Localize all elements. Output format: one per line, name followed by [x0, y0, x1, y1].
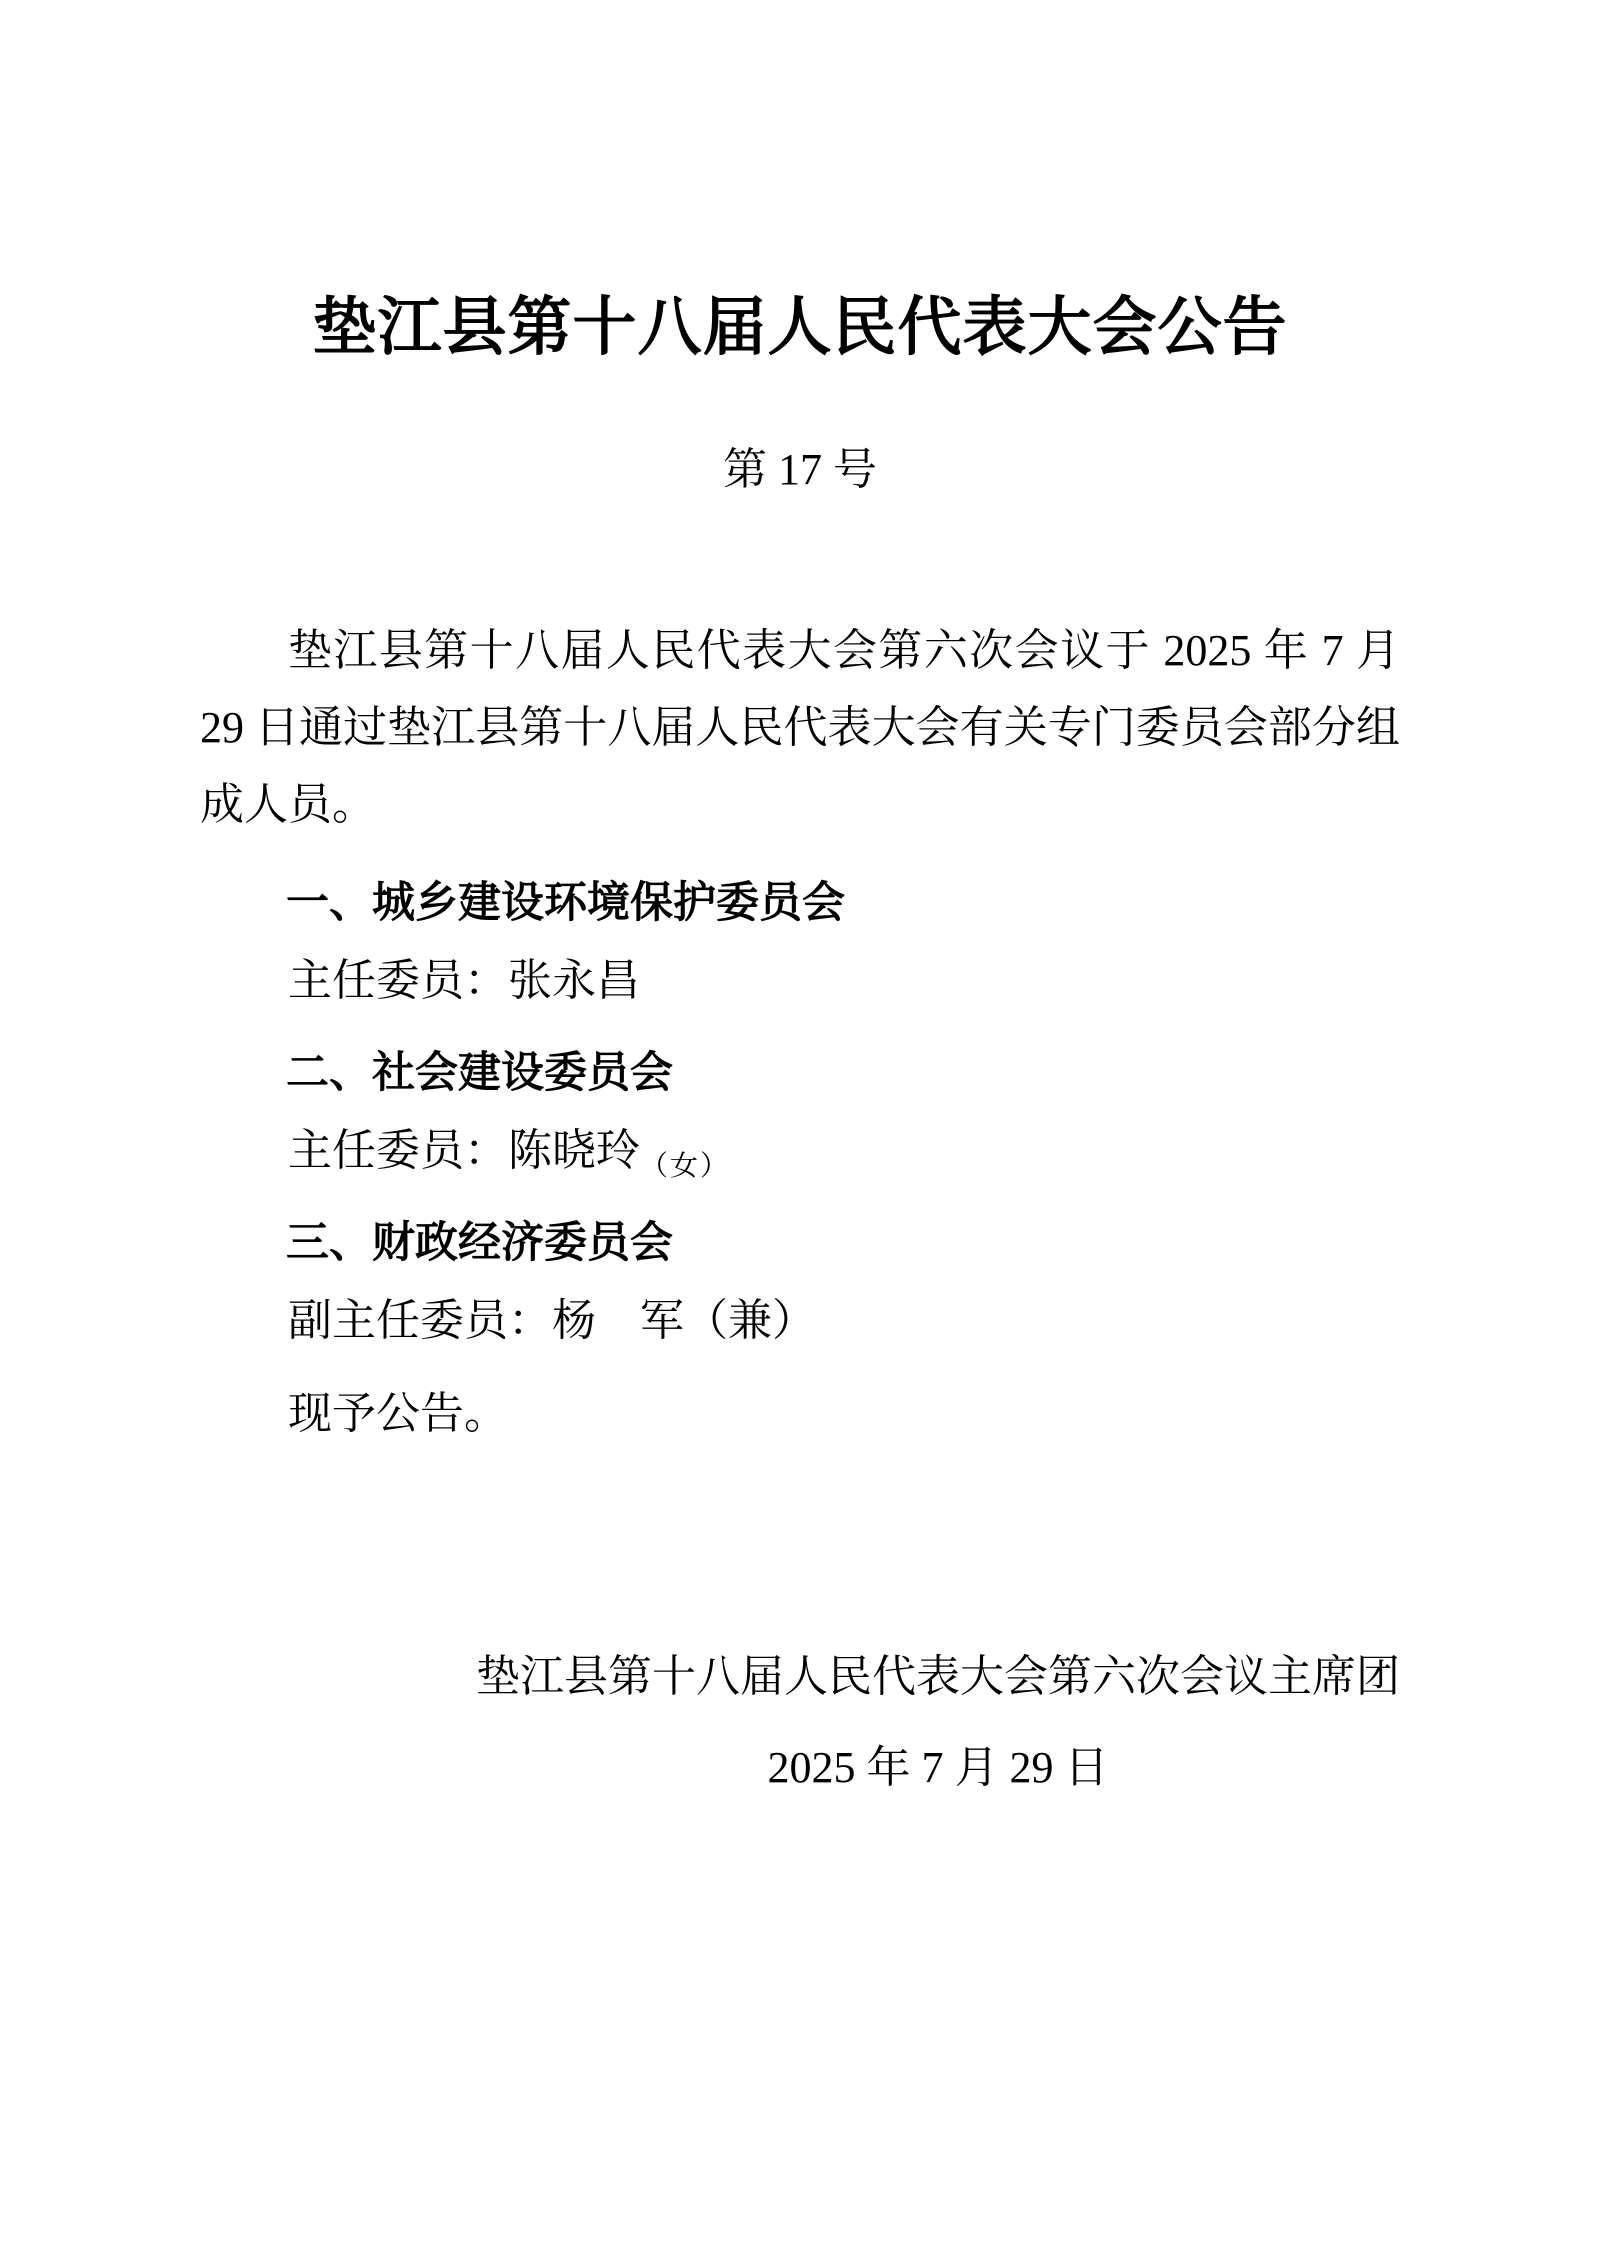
member-role: 主任委员：: [288, 956, 508, 1005]
member-role: 主任委员：: [288, 1126, 508, 1175]
doc-title: 垫江县第十八届人民代表大会公告: [200, 288, 1400, 368]
committee-sections: 一、城乡建设环境保护委员会 主任委员：张永昌 二、社会建设委员会 主任委员：陈晓…: [200, 865, 1400, 1452]
body-paragraph: 垫江县第十八届人民代表大会第六次会议于 2025 年 7 月 29 日通过垫江县…: [200, 612, 1400, 843]
member-line: 副主任委员：杨 军（兼）: [200, 1282, 1400, 1375]
section-heading: 三、财政经济委员会: [200, 1205, 1400, 1282]
member-name: 杨 军（兼）: [552, 1296, 816, 1345]
signature-line: 垫江县第十八届人民代表大会第六次会议主席团: [476, 1638, 1400, 1715]
member-line: 主任委员：陈晓玲（女）: [200, 1112, 1400, 1205]
member-name: 陈晓玲: [508, 1126, 640, 1175]
member-name: 张永昌: [508, 956, 640, 1005]
section-social-construction: 二、社会建设委员会 主任委员：陈晓玲（女）: [200, 1035, 1400, 1205]
closing-line: 现予公告。: [200, 1375, 1400, 1452]
doc-number: 第 17 号: [200, 440, 1400, 500]
section-heading: 一、城乡建设环境保护委员会: [200, 865, 1400, 942]
member-note: （女）: [640, 1151, 730, 1182]
date-line: 2025 年 7 月 29 日: [476, 1729, 1400, 1806]
signature-block: 垫江县第十八届人民代表大会第六次会议主席团 2025 年 7 月 29 日: [476, 1638, 1400, 1806]
section-urban-construction: 一、城乡建设环境保护委员会 主任委员：张永昌: [200, 865, 1400, 1035]
member-role: 副主任委员：: [288, 1296, 552, 1345]
announcement-page: 垫江县第十八届人民代表大会公告 第 17 号 垫江县第十八届人民代表大会第六次会…: [0, 0, 1600, 2262]
member-line: 主任委员：张永昌: [200, 942, 1400, 1035]
section-finance-economy: 三、财政经济委员会 副主任委员：杨 军（兼）: [200, 1205, 1400, 1375]
section-heading: 二、社会建设委员会: [200, 1035, 1400, 1112]
